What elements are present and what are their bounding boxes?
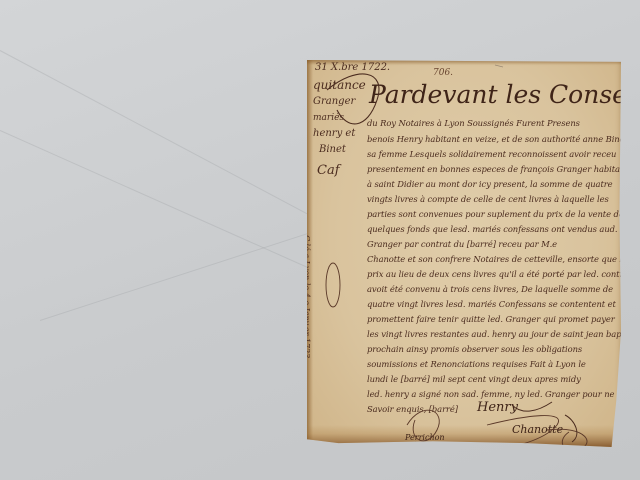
body-line: à saint Didier au mont dor icy present, … (367, 179, 612, 189)
body-line: vingts livres à compte de celle de cent … (367, 194, 609, 204)
body-line: parties sont convenues pour suplement du… (367, 209, 621, 219)
rotated-note-line: C.lé a Lyon le 4.e Janv.er 1723. (307, 235, 311, 361)
header-date: 31 X.bre 1722. (315, 62, 390, 73)
margin-note: quitance (313, 78, 366, 92)
background-crease (40, 227, 326, 321)
body-line: prix au lieu de deux cens livres qu'il a… (367, 269, 621, 279)
photo-background: 31 X.bre 1722. 706. quitance Granger mar… (0, 0, 640, 480)
folio-number: 706. (433, 68, 453, 78)
margin-note: Granger (313, 96, 355, 107)
body-line: sa femme Lesquels solidairement reconnoi… (367, 149, 616, 159)
body-line: quatre vingt livres lesd. mariés Confess… (367, 299, 616, 309)
signature-notary-left: Perrichon (405, 433, 445, 442)
signature-henry: Henry (477, 400, 518, 415)
body-line: les vingt livres restantes aud. henry au… (367, 329, 621, 339)
body-line: presentement en bonnes especes de franço… (367, 164, 621, 174)
body-line: soumissions et Renonciations requises Fa… (367, 359, 586, 369)
body-line: lundi le [barré] mil sept cent vingt deu… (367, 374, 581, 384)
body-line: led. henry a signé non sad. femme, ny le… (367, 389, 614, 399)
body-line: avoit été convenu à trois cens livres, D… (367, 284, 613, 294)
body-line: Chanotte et son confrere Notaires de cet… (367, 254, 621, 264)
body-line: du Roy Notaires à Lyon Soussignés Furent… (367, 118, 580, 128)
margin-note: henry et (313, 128, 355, 139)
paper-burn-bottom (307, 425, 621, 447)
body-line: Savoir enquis, [barré] (367, 404, 458, 414)
document-title: Pardevant les Conseillers (369, 80, 621, 109)
body-line: prochain ainsy promis observer sous les … (367, 344, 582, 354)
body-line: quelques fonds que lesd. mariés confessa… (367, 224, 617, 234)
rotated-margin-annotation: C.lé a Lyon le 4.e Janv.er 1723. Re. Sep… (307, 235, 311, 361)
body-line: promettent faire tenir quitte led. Grang… (367, 314, 615, 324)
manuscript-page: 31 X.bre 1722. 706. quitance Granger mar… (307, 60, 621, 447)
margin-note: Caf (317, 163, 340, 178)
body-line: benois Henry habitant en veize, et de so… (367, 134, 621, 144)
margin-note: Binet (319, 144, 346, 155)
signature-notary-right: Chanotte (512, 423, 563, 436)
margin-note: mariés (313, 113, 344, 123)
body-line: Granger par contrat du [barré] receu par… (367, 239, 557, 249)
